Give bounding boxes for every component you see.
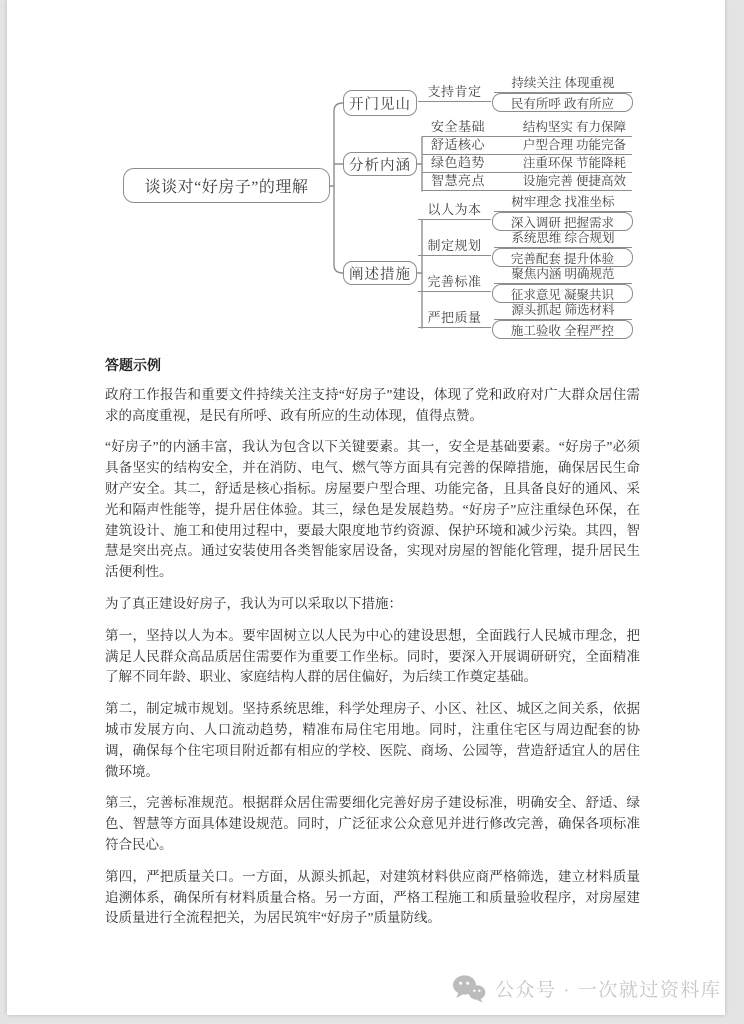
- leaf-label: 注重环保 节能降耗: [523, 153, 626, 171]
- subtopic-label: 安全基础: [431, 116, 485, 135]
- branch-chanshucuoshi: 阐述措施: [343, 261, 417, 285]
- row-zhihuiliangdian: 智慧亮点 设施完善 便捷高效: [422, 174, 632, 191]
- leaf-jujiaoneihan: 聚焦内涵 明确规范: [494, 269, 632, 284]
- subtopic-label: 智慧亮点: [431, 170, 485, 189]
- leaf-label: 户型合理 功能完备: [523, 135, 626, 153]
- leaf-minyousuohu: 民有所呼 政有所应: [492, 93, 633, 112]
- subtopic-wanshanbiaozhun: 完善标准: [418, 275, 491, 292]
- leaf-label: 设施完善 便捷高效: [523, 171, 626, 189]
- paragraph-measure-4: 第四，严把质量关口。一方面，从源头抓起，对建筑材料供应商严格筛选，建立材料质量追…: [105, 867, 640, 929]
- subtopic-label: 绿色趋势: [431, 152, 485, 171]
- subtopic-label: 舒适核心: [431, 134, 485, 153]
- subtopic-yirenweiben: 以人为本: [418, 203, 491, 220]
- subtopic-yanbazhiliang: 严把质量: [418, 311, 491, 328]
- leaf-label: 结构坚实 有力保障: [523, 117, 626, 135]
- branch-fenxineihan: 分析内涵: [343, 152, 417, 176]
- leaf-shigongyanshou: 施工验收 全程严控: [492, 320, 633, 339]
- section-title: 答题示例: [105, 357, 640, 378]
- mindmap-connector-lines: [0, 0, 744, 352]
- leaf-xitongsiwei: 系统思维 综合规划: [494, 233, 632, 248]
- watermark-text: 公众号 · 一次就过资料库: [495, 975, 721, 1002]
- leaf-chixuguanzhu: 持续关注 体现重视: [494, 78, 632, 93]
- paragraph-connotation: “好房子”的内涵丰富，我认为包含以下关键要素。其一，安全是基础要素。“好房子”必…: [105, 437, 640, 583]
- subtopic-zhidingguihua: 制定规划: [418, 239, 491, 256]
- subtopic-zhichikending: 支持肯定: [418, 85, 491, 102]
- paragraph-measure-3: 第三，完善标准规范。根据群众居住需要细化完善好房子建设标准，明确安全、舒适、绿色…: [105, 793, 640, 855]
- mindmap-root-topic: 谈谈对“好房子”的理解: [123, 168, 330, 203]
- answer-article: 答题示例 政府工作报告和重要文件持续关注支持“好房子”建设，体现了党和政府对广大…: [105, 357, 640, 929]
- paragraph-intro: 政府工作报告和重要文件持续关注支持“好房子”建设，体现了党和政府对广大群众居住需…: [105, 385, 640, 427]
- paragraph-measure-2: 第二，制定城市规划。坚持系统思维，科学处理房子、小区、社区、城区之间关系，依据城…: [105, 699, 640, 782]
- paragraph-measure-1: 第一，坚持以人为本。要牢固树立以人民为中心的建设思想，全面践行人民城市理念，把满…: [105, 626, 640, 688]
- paragraph-measures-lead: 为了真正建设好房子，我认为可以采取以下措施：: [105, 594, 640, 615]
- leaf-yuantouzhuaqi: 源头抓起 筛选材料: [494, 305, 632, 320]
- watermark-footer: 公众号 · 一次就过资料库: [452, 974, 721, 1003]
- wechat-icon: [452, 974, 486, 1003]
- mindmap-diagram: 谈谈对“好房子”的理解 开门见山 分析内涵 阐述措施 支持肯定 持续关注 体现重…: [0, 0, 744, 352]
- page-canvas: 谈谈对“好房子”的理解 开门见山 分析内涵 阐述措施 支持肯定 持续关注 体现重…: [0, 0, 744, 1024]
- branch-kaimenjianshan: 开门见山: [343, 90, 417, 116]
- leaf-shulaolinian: 树牢理念 找准坐标: [494, 197, 632, 212]
